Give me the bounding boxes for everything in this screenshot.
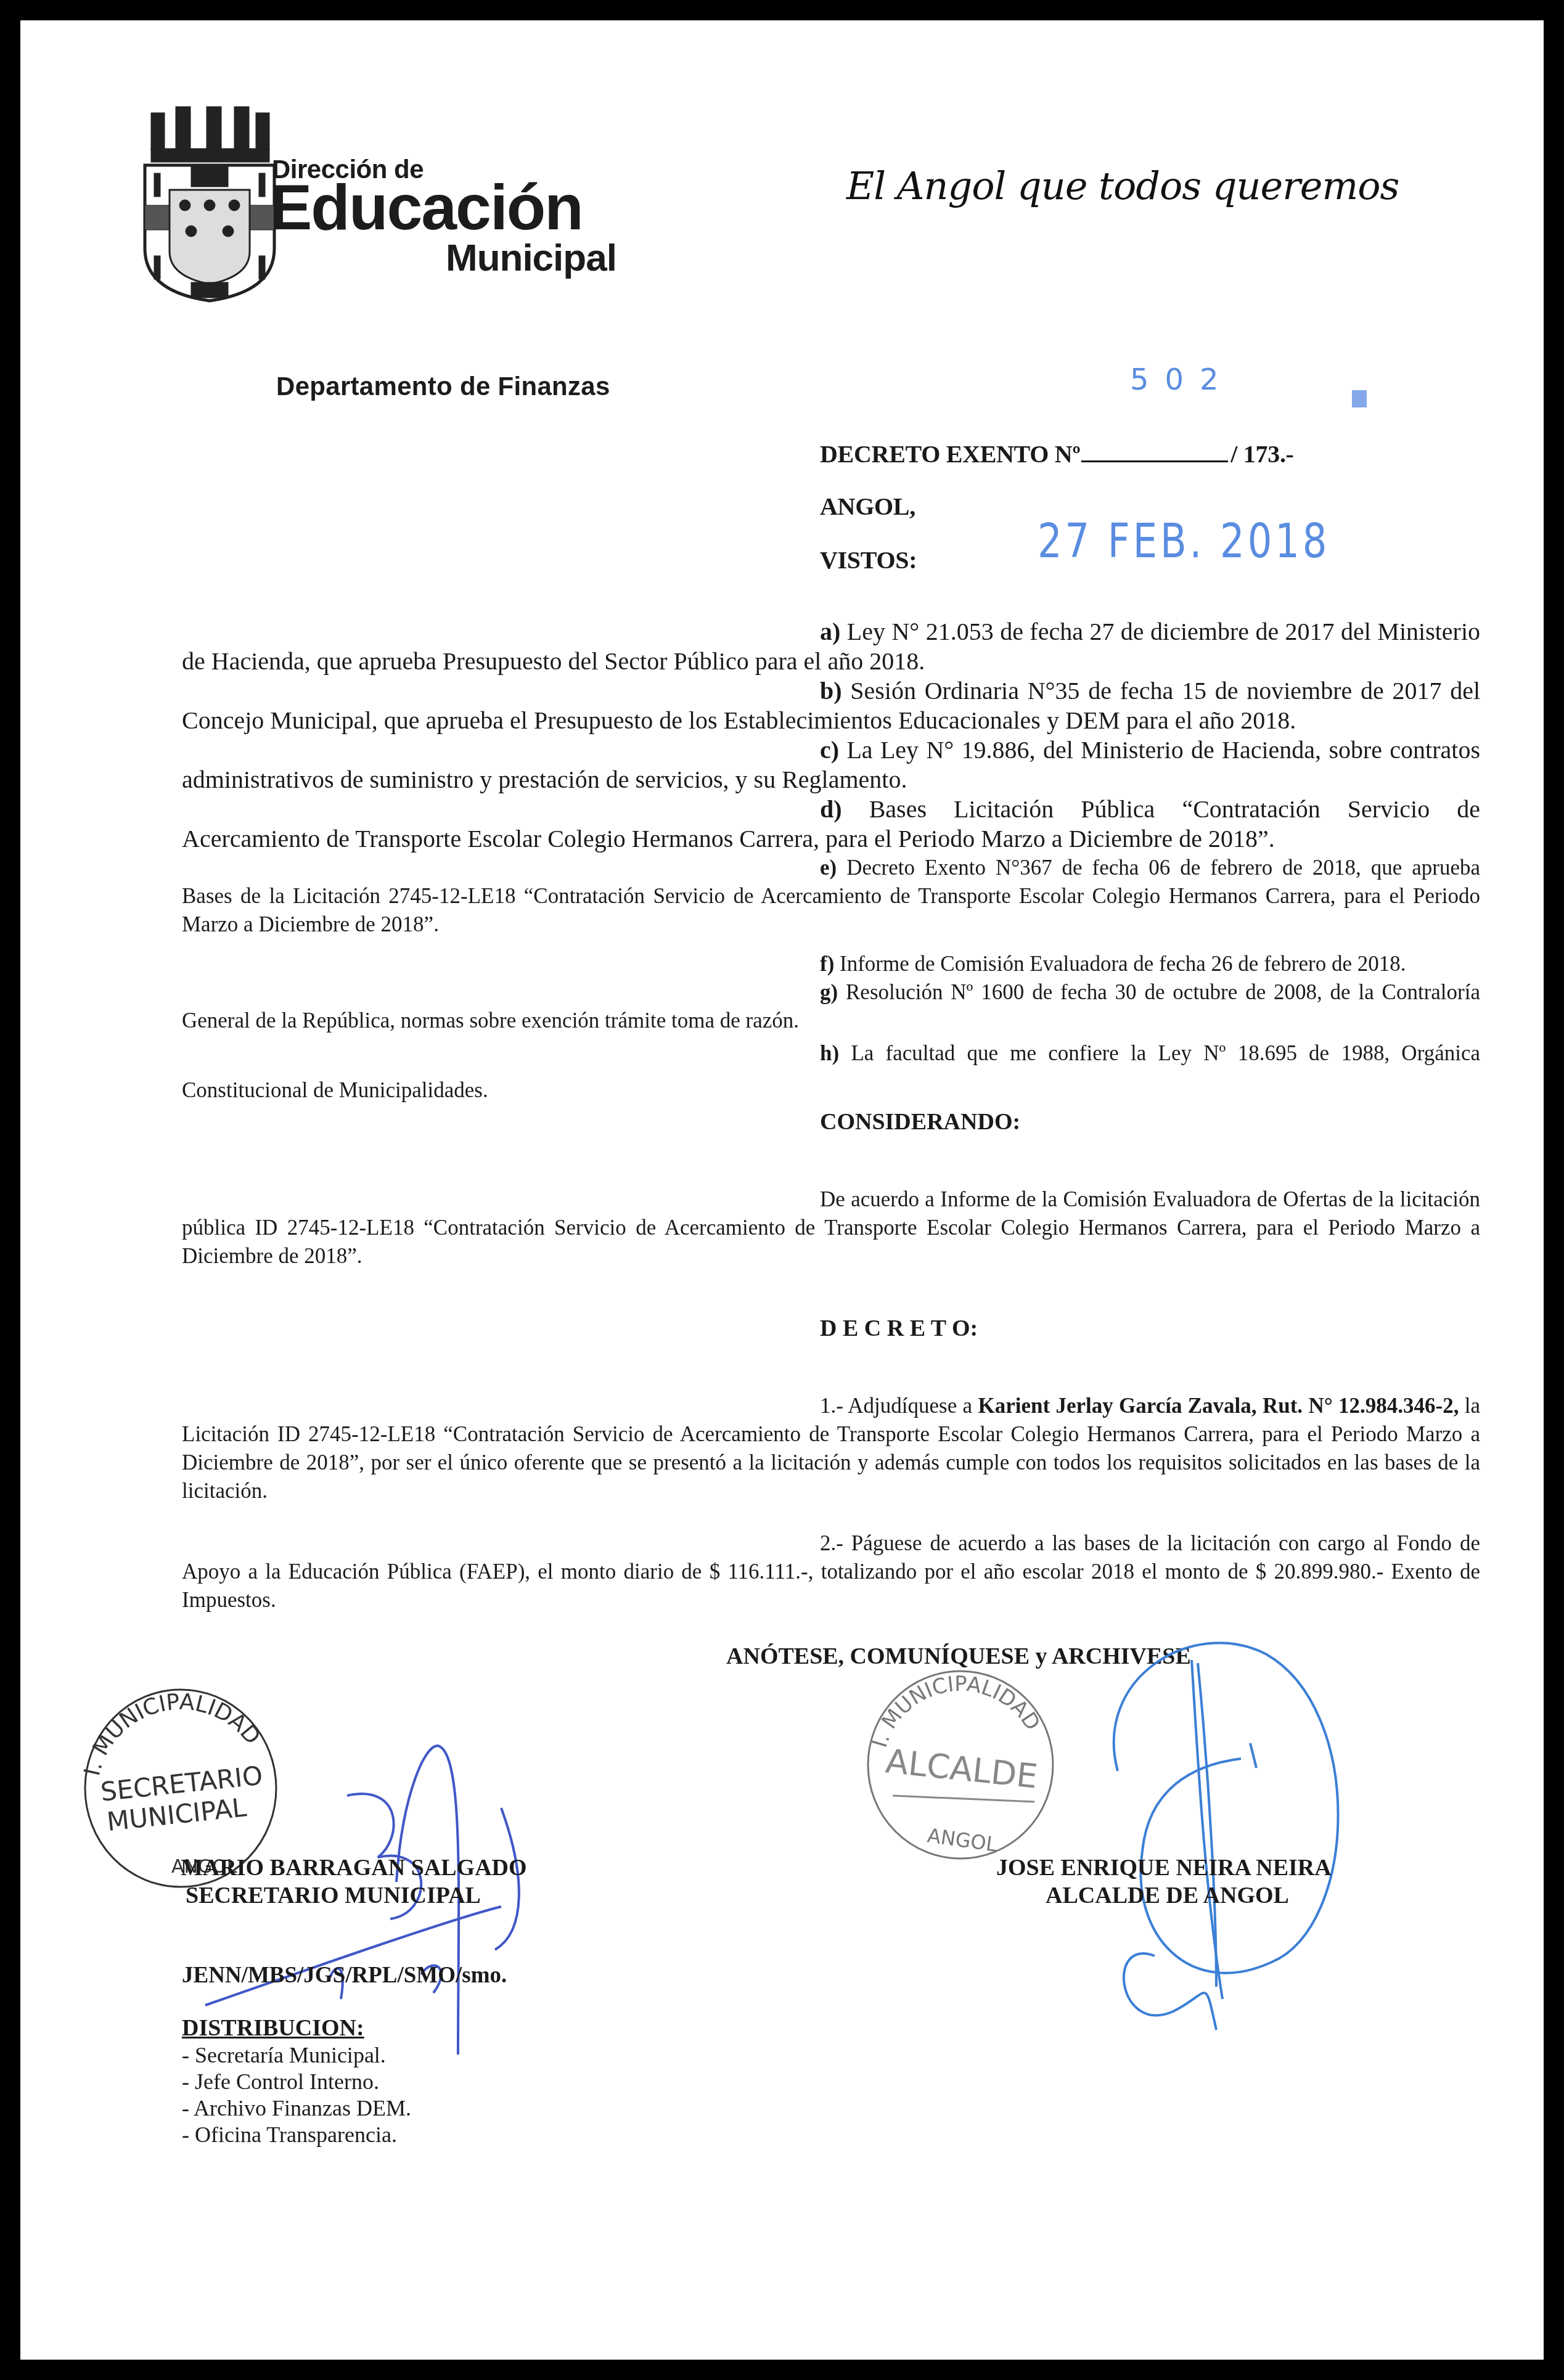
slogan: El Angol que todos queremos <box>846 163 1399 208</box>
decree-title: DECRETO EXENTO Nº/ 173.- <box>820 440 1294 468</box>
considerando-body: De acuerdo a Informe de la Comisión Eval… <box>182 1185 1480 1270</box>
mayor-role: ALCALDE DE ANGOL <box>1046 1882 1289 1909</box>
closing-formula: ANÓTESE, COMUNÍQUESE y ARCHIVESE <box>726 1643 1191 1670</box>
secretary-role: SECRETARIO MUNICIPAL <box>186 1882 481 1909</box>
decree-title-suffix: / 173.- <box>1230 440 1293 468</box>
place-label: ANGOL, <box>820 492 915 521</box>
vistos-label: VISTOS: <box>820 546 917 575</box>
decreto-title: D E C R E T O: <box>820 1315 978 1342</box>
org-name-line3: Municipal <box>446 239 616 277</box>
decree-page: Dirección de Educación Municipal El Ango… <box>20 20 1544 2360</box>
vistos-item-b: b) Sesión Ordinaria N°35 de fecha 15 de … <box>182 676 1480 735</box>
vistos-item-f: f) Informe de Comisión Evaluadora de fec… <box>182 950 1480 978</box>
vistos-item-d: d) Bases Licitación Pública “Contratació… <box>182 795 1480 854</box>
mayor-signature-icon <box>1007 1605 1389 2048</box>
org-name-line2: Educación <box>269 176 583 240</box>
vistos-item-e: e) Decreto Exento N°367 de fecha 06 de f… <box>182 854 1480 939</box>
distribution-list: - Secretaría Municipal. - Jefe Control I… <box>182 2042 411 2148</box>
mayor-name: JOSE ENRIQUE NEIRA NEIRA <box>996 1854 1332 1881</box>
mayor-seal-icon: I. MUNICIPALIDAD ALCALDE ANGOL <box>859 1663 1062 1867</box>
vistos-list: a) Ley N° 21.053 de fecha 27 de diciembr… <box>182 617 1480 1109</box>
svg-text:SECRETARIO: SECRETARIO <box>99 1760 264 1807</box>
svg-text:I. MUNICIPALIDAD: I. MUNICIPALIDAD <box>867 1672 1045 1751</box>
decree-number-stamp: 502 <box>1130 362 1235 397</box>
svg-text:MUNICIPAL: MUNICIPAL <box>105 1792 248 1837</box>
vistos-item-g: g) Resolución Nº 1600 de fecha 30 de oct… <box>182 978 1480 1035</box>
svg-text:ANGOL: ANGOL <box>926 1823 999 1856</box>
vistos-item-h: h) La facultad que me confiere la Ley Nº… <box>182 1035 1480 1109</box>
vistos-item-a: a) Ley N° 21.053 de fecha 27 de diciembr… <box>182 617 1480 676</box>
distribution-item: - Archivo Finanzas DEM. <box>182 2095 411 2122</box>
considerando-title: CONSIDERANDO: <box>820 1108 1020 1135</box>
decree-number-blank <box>1081 442 1228 462</box>
decree-title-prefix: DECRETO EXENTO Nº <box>820 440 1080 468</box>
responsible-initials: JENN/MBS/JGS/RPL/SMO/smo. <box>182 1962 507 1989</box>
vistos-item-c: c) La Ley N° 19.886, del Ministerio de H… <box>182 735 1480 795</box>
secretary-name: MARIO BARRAGAN SALGADO <box>181 1854 527 1881</box>
decreto-item-2: 2.- Páguese de acuerdo a las bases de la… <box>182 1529 1480 1614</box>
svg-text:ALCALDE: ALCALDE <box>884 1741 1040 1796</box>
distribution-item: - Secretaría Municipal. <box>182 2042 411 2069</box>
svg-text:I. MUNICIPALIDAD: I. MUNICIPALIDAD <box>80 1690 265 1778</box>
date-stamp: 27 FEB. 2018 <box>1038 513 1330 568</box>
small-ink-mark-icon <box>1352 390 1367 407</box>
awardee: Karient Jerlay García Zavala, Rut. N° 12… <box>978 1394 1459 1418</box>
decreto-item-1: 1.- Adjudíquese a Karient Jerlay García … <box>182 1392 1480 1505</box>
municipal-crest-icon <box>139 100 280 304</box>
distribution-title: DISTRIBUCION: <box>182 2014 364 2042</box>
distribution-item: - Oficina Transparencia. <box>182 2122 411 2148</box>
department-title: Departamento de Finanzas <box>276 372 610 401</box>
distribution-item: - Jefe Control Interno. <box>182 2069 411 2095</box>
